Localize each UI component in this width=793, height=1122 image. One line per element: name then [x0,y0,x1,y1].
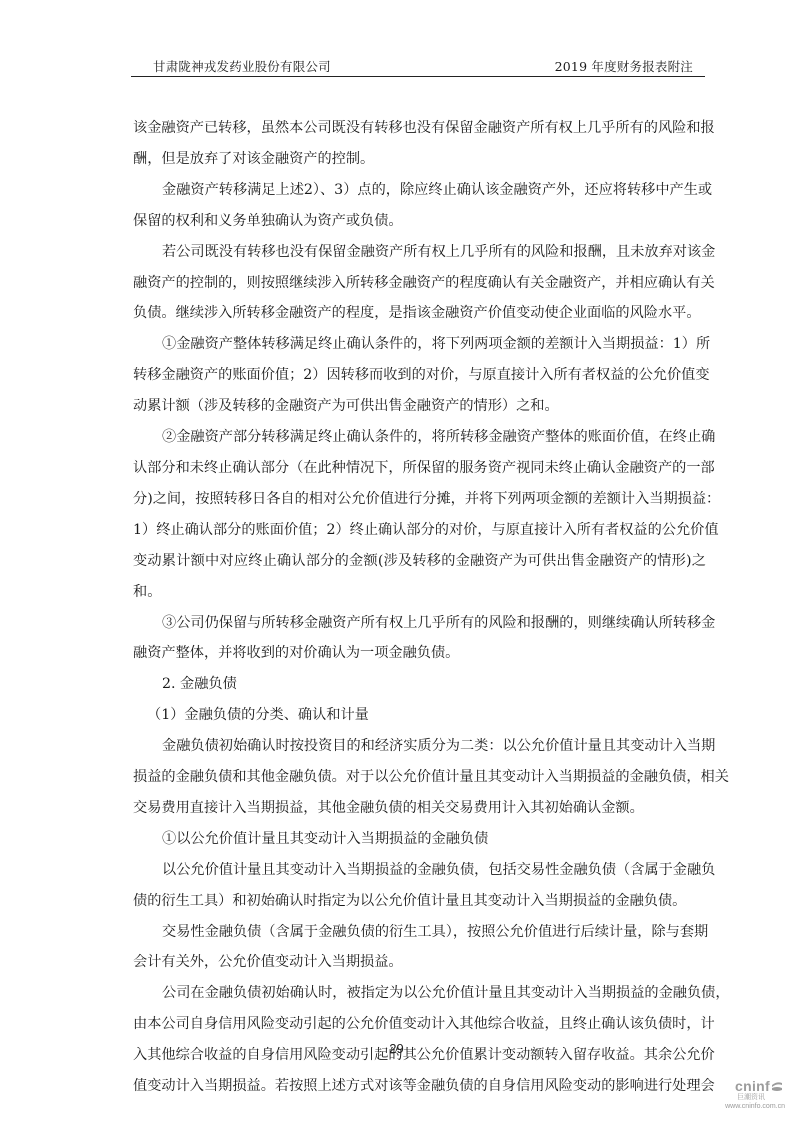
page-number: 29 [0,1041,793,1056]
paragraph: 金融资产转移满足上述2）、3）点的，除应终止确认该金融资产外，还应将转移中产生或… [133,175,706,237]
paragraph: ①金融资产整体转移满足终止确认条件的，将下列两项金额的差额计入当期损益：1）所转… [133,329,706,422]
text-line: ①以公允价值计量且其变动计入当期损益的金融负债 [133,824,706,855]
text-line: 损益的金融负债和其他金融负债。对于以公允价值计量且其变动计入当期损益的金融负债，… [133,762,706,793]
paragraph: ②金融资产部分转移满足终止确认条件的，将所转移金融资产整体的账面价值，在终止确认… [133,422,706,607]
watermark-url: www.cninfo.com.cn [703,1102,785,1111]
cninfo-swirl-icon [771,1081,783,1092]
text-line: 融资产的控制的，则按照继续涉入所转移金融资产的程度确认有关金融资产，并相应确认有… [133,268,706,299]
paragraph: 该金融资产已转移，虽然本公司既没有转移也没有保留金融资产所有权上几乎所有的风险和… [133,113,706,175]
text-line: 动累计额（涉及转移的金融资产为可供出售金融资产的情形）之和。 [133,391,706,422]
text-line: 保留的权利和义务单独确认为资产或负债。 [133,206,706,237]
page-header: 甘肃陇神戎发药业股份有限公司 2019 年度财务报表附注 [131,55,705,77]
text-line: 酬，但是放弃了对该金融资产的控制。 [133,144,706,175]
text-line: 1）终止确认部分的账面价值；2）终止确认部分的对价，与原直接计入所有者权益的公允… [133,515,706,546]
text-line: ②金融资产部分转移满足终止确认条件的，将所转移金融资产整体的账面价值，在终止确 [133,422,706,453]
paragraph: 金融负债初始确认时按投资目的和经济实质分为二类：以公允价值计量且其变动计入当期损… [133,731,706,824]
watermark-brand: cninf [703,1079,785,1093]
text-line: 金融资产转移满足上述2）、3）点的，除应终止确认该金融资产外，还应将转移中产生或 [133,175,706,206]
section-heading: （1）金融负债的分类、确认和计量 [133,700,706,731]
section-heading: ①以公允价值计量且其变动计入当期损益的金融负债 [133,824,706,855]
text-line: 和。 [133,577,706,608]
paragraph: 若公司既没有转移也没有保留金融资产所有权上几乎所有的风险和报酬，且未放弃对该金融… [133,237,706,330]
watermark-brand-text: cninf [735,1078,770,1094]
text-line: 负债。继续涉入所转移金融资产的程度，是指该金融资产价值变动使企业面临的风险水平。 [133,298,706,329]
text-line: 由本公司自身信用风险变动引起的公允价值变动计入其他综合收益，且终止确认该负债时，… [133,1009,706,1040]
paragraph: 交易性金融负债（含属于金融负债的衍生工具），按照公允价值进行后续计量，除与套期会… [133,917,706,979]
text-line: ①金融资产整体转移满足终止确认条件的，将下列两项金额的差额计入当期损益：1）所 [133,329,706,360]
text-line: 变动累计额中对应终止确认部分的金额(涉及转移的金融资产为可供出售金融资产的情形)… [133,546,706,577]
text-line: 转移金融资产的账面价值；2）因转移而收到的对价，与原直接计入所有者权益的公允价值… [133,360,706,391]
text-line: 交易费用直接计入当期损益，其他金融负债的相关交易费用计入其初始确认金额。 [133,793,706,824]
text-line: 以公允价值计量且其变动计入当期损益的金融负债，包括交易性金融负债（含属于金融负 [133,855,706,886]
text-line: 公司在金融负债初始确认时，被指定为以公允价值计量且其变动计入当期损益的金融负债， [133,978,706,1009]
text-line: 值变动计入当期损益。若按照上述方式对该等金融负债的自身信用风险变动的影响进行处理… [133,1071,706,1102]
paragraph: ③公司仍保留与所转移金融资产所有权上几乎所有的风险和报酬的，则继续确认所转移金融… [133,608,706,670]
cninfo-watermark: cninf 巨潮资讯 www.cninfo.com.cn [703,1079,785,1119]
header-company-name: 甘肃陇神戎发药业股份有限公司 [153,57,331,75]
text-line: 会计有关外，公允价值变动计入当期损益。 [133,947,706,978]
text-line: 金融负债初始确认时按投资目的和经济实质分为二类：以公允价值计量且其变动计入当期 [133,731,706,762]
header-report-title: 2019 年度财务报表附注 [555,57,693,75]
text-line: 交易性金融负债（含属于金融负债的衍生工具），按照公允价值进行后续计量，除与套期 [133,917,706,948]
text-line: 分)之间，按照转移日各自的相对公允价值进行分摊，并将下列两项金额的差额计入当期损… [133,484,706,515]
watermark-chinese-name: 巨潮资讯 [703,1093,785,1102]
section-heading: 2. 金融负债 [133,669,706,700]
text-line: 认部分和未终止确认部分（在此种情况下，所保留的服务资产视同未终止确认金融资产的一… [133,453,706,484]
text-line: 融资产整体，并将收到的对价确认为一项金融负债。 [133,638,706,669]
paragraph: 以公允价值计量且其变动计入当期损益的金融负债，包括交易性金融负债（含属于金融负债… [133,855,706,917]
document-body: 该金融资产已转移，虽然本公司既没有转移也没有保留金融资产所有权上几乎所有的风险和… [133,113,706,1102]
text-line: ③公司仍保留与所转移金融资产所有权上几乎所有的风险和报酬的，则继续确认所转移金 [133,608,706,639]
text-line: 债的衍生工具）和初始确认时指定为以公允价值计量且其变动计入当期损益的金融负债。 [133,886,706,917]
text-line: （1）金融负债的分类、确认和计量 [133,700,706,731]
text-line: 若公司既没有转移也没有保留金融资产所有权上几乎所有的风险和报酬，且未放弃对该金 [133,237,706,268]
text-line: 该金融资产已转移，虽然本公司既没有转移也没有保留金融资产所有权上几乎所有的风险和… [133,113,706,144]
text-line: 2. 金融负债 [133,669,706,700]
